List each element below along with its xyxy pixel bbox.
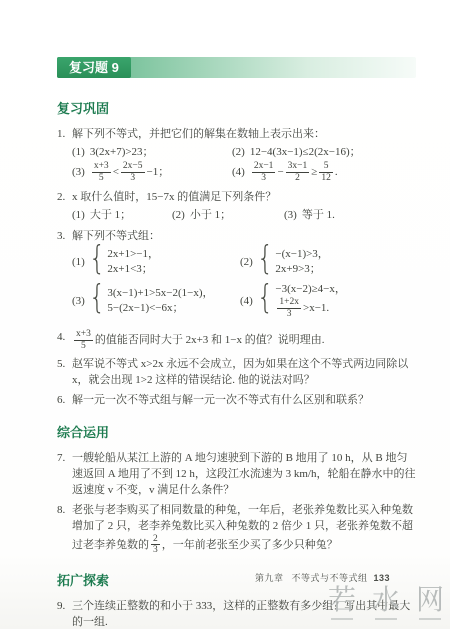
textbook-page: 复习题 9 复习巩固 1. 解下列不等式，并把它们的解集在数轴上表示出来： (1… (0, 0, 450, 629)
system-brace (257, 251, 274, 272)
formula: 5−(2x−1)<−6x； (107, 301, 213, 316)
watermark-subtext-bar (375, 618, 397, 620)
problem-8: 8. 老张与老李购买了相同数量的种兔，一年后，老张养兔数比买入种兔数增加了 2 … (57, 502, 416, 557)
formula: 12−4(3x−1)≤2(2x−16)； (250, 144, 361, 160)
formula: 2x−13−3x−12≥512. (250, 161, 338, 184)
formula: −3(x−2)≥4−x， (275, 282, 345, 297)
formula: 1+2x3>x−1. (275, 297, 345, 320)
formula: 2x+1>−1， (107, 247, 159, 262)
fraction: 2x−53 (121, 161, 145, 184)
system-1: (1) 2x+1>−1， 2x+1<3； (72, 247, 240, 277)
problem-1-item-2: (2) 12−4(3x−1)≤2(2x−16)； (232, 144, 361, 160)
item-text: 等于 1. (302, 207, 335, 223)
watermark: 若 水 网 (328, 585, 444, 620)
fraction: 2x−13 (252, 161, 276, 184)
problem-1-item-4: (4) 2x−13−3x−12≥512. (232, 161, 338, 184)
system-brace (89, 290, 106, 311)
problem-7: 7. 一艘轮船从某江上游的 A 地匀速驶到下游的 B 地用了 10 h，从 B … (57, 450, 416, 498)
item-text: 小于 1； (190, 207, 231, 223)
item-text: 大于 1； (90, 207, 131, 223)
problem-2-item-3: (3) 等于 1. (284, 207, 335, 223)
problem-4: 4. x+35的值能否同时大于 2x+3 和 1−x 的值？说明理由. (57, 329, 416, 352)
item-label: (1) (72, 207, 85, 223)
problem-2-item-1: (1) 大于 1； (72, 207, 172, 223)
problem-number: 6. (57, 392, 72, 408)
item-label: (2) (240, 254, 253, 270)
item-label: (3) (72, 164, 85, 180)
formula: 3(2x+7)>23； (90, 144, 154, 160)
problem-number: 2. (57, 189, 72, 224)
item-label: (1) (72, 144, 85, 160)
problem-5: 5. 赵军说不等式 x>2x 永远不会成立，因为如果在这个不等式两边同除以 x，… (57, 356, 416, 388)
problem-text: 解一元一次不等式组与解一元一次不等式有什么区别和联系？ (72, 392, 416, 408)
fraction: 3x−12 (286, 161, 310, 184)
section-heading-comprehensive: 综合运用 (57, 422, 416, 441)
problem-6: 6. 解一元一次不等式组与解一元一次不等式有什么区别和联系？ (57, 392, 416, 408)
problem-number: 1. (57, 126, 72, 185)
problem-text: 一艘轮船从某江上游的 A 地匀速驶到下游的 B 地用了 10 h，从 B 地匀速… (72, 450, 416, 498)
item-label: (4) (232, 164, 245, 180)
problem-number: 8. (57, 502, 72, 557)
watermark-char: 网 (416, 585, 444, 620)
watermark-char: 若 (328, 585, 356, 620)
problem-3-systems-row-1: (1) 2x+1>−1， 2x+1<3； (2) −(x−1)>3， 2x+9>… (72, 247, 416, 277)
fraction: x+35 (74, 329, 93, 352)
problem-text: x+35的值能否同时大于 2x+3 和 1−x 的值？说明理由. (72, 329, 416, 352)
problem-2-items: (1) 大于 1； (2) 小于 1； (3) 等于 1. (72, 207, 416, 223)
problem-1-items-row-2: (3) x+35<2x−53−1； (4) 2x−13−3x−12≥512. (72, 161, 416, 184)
problem-1-item-3: (3) x+35<2x−53−1； (72, 161, 232, 184)
problem-text: 老张与老李购买了相同数量的种兔，一年后，老张养兔数比买入种兔数增加了 2 只，老… (72, 502, 416, 557)
problem-stem: 解下列不等式，并把它们的解集在数轴上表示出来： (72, 126, 416, 142)
formula: x+35<2x−53−1； (90, 161, 169, 184)
formula: −(x−1)>3， (275, 247, 328, 262)
watermark-subtext-bar (331, 618, 353, 620)
formula: 2x+1<3； (107, 262, 159, 277)
system-4: (4) −3(x−2)≥4−x， 1+2x3>x−1. (240, 282, 346, 320)
page-footer: 第九章不等式与不等式组133 (255, 571, 390, 584)
problem-number: 5. (57, 356, 72, 388)
formula: 3(x−1)+1>5x−2(1−x)， (107, 286, 213, 301)
section-heading-review: 复习巩固 (57, 98, 416, 117)
problem-text: 赵军说不等式 x>2x 永远不会成立，因为如果在这个不等式两边同除以 x，就会出… (72, 356, 416, 388)
item-label: (4) (240, 293, 253, 309)
problem-2-item-2: (2) 小于 1； (172, 207, 284, 223)
system-3: (3) 3(x−1)+1>5x−2(1−x)， 5−(2x−1)<−6x； (72, 282, 240, 320)
review-banner: 复习题 9 (57, 57, 416, 78)
problem-3: 3. 解下列不等式组： (1) 2x+1>−1， 2x+1<3； (2) (57, 228, 416, 325)
watermark-subtext-bar (419, 618, 441, 620)
system-brace (89, 251, 106, 272)
item-label: (2) (232, 144, 245, 160)
item-label: (3) (72, 293, 85, 309)
problem-1-item-1: (1) 3(2x+7)>23； (72, 144, 232, 160)
item-label: (3) (284, 207, 297, 223)
page-content: 复习题 9 复习巩固 1. 解下列不等式，并把它们的解集在数轴上表示出来： (1… (0, 0, 450, 629)
problem-stem: x 取什么值时，15−7x 的值满足下列条件？ (72, 189, 416, 205)
footer-page-number: 133 (373, 573, 390, 583)
watermark-char: 水 (372, 585, 400, 620)
formula: 2x+9>3； (275, 262, 328, 277)
problem-2: 2. x 取什么值时，15−7x 的值满足下列条件？ (1) 大于 1； (2)… (57, 189, 416, 224)
footer-book-title: 不等式与不等式组 (291, 573, 367, 583)
problem-1-items-row-1: (1) 3(2x+7)>23； (2) 12−4(3x−1)≤2(2x−16)； (72, 144, 416, 160)
fraction: 1+2x3 (277, 297, 301, 320)
problem-number: 9. (57, 598, 72, 629)
fraction: 512 (319, 161, 333, 184)
problem-number: 7. (57, 450, 72, 498)
problem-number: 4. (57, 329, 72, 352)
item-label: (1) (72, 254, 85, 270)
problem-1: 1. 解下列不等式，并把它们的解集在数轴上表示出来： (1) 3(2x+7)>2… (57, 126, 416, 185)
fraction: x+35 (92, 161, 111, 184)
banner-title: 复习题 9 (57, 57, 131, 78)
problem-number: 3. (57, 228, 72, 325)
system-brace (257, 290, 274, 311)
problem-3-systems-row-2: (3) 3(x−1)+1>5x−2(1−x)， 5−(2x−1)<−6x； (4… (72, 282, 416, 320)
system-2: (2) −(x−1)>3， 2x+9>3； (240, 247, 329, 277)
problem-stem: 解下列不等式组： (72, 228, 416, 244)
fraction: 23 (151, 534, 160, 557)
footer-chapter: 第九章 (255, 573, 284, 583)
item-label: (2) (172, 207, 185, 223)
